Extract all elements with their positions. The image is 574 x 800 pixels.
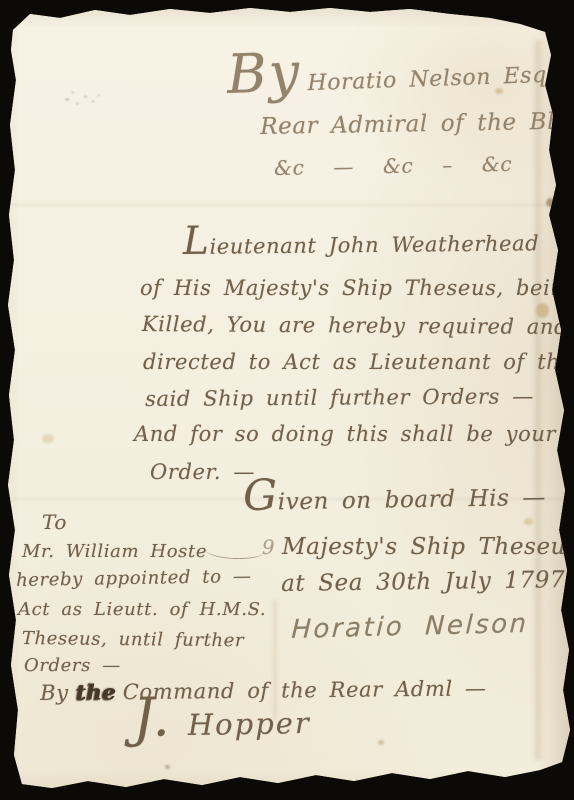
command-rest: Command of the Rear Adml — — [123, 678, 487, 703]
foxing-spot — [378, 740, 384, 745]
dateline-line: at Sea 30th July 1797 — — [281, 569, 574, 596]
fold-crease-upper — [12, 203, 562, 207]
pen-flourish-tail: 9 — [262, 536, 275, 559]
heading-line-2: Rear Admiral of the Blue — [260, 110, 574, 139]
command-line: By the Command of the Rear Adml — — [40, 677, 487, 704]
etcetera-dash: – — [442, 155, 453, 175]
address-line: Orders — — [24, 657, 121, 675]
etcetera-dash: — — [333, 157, 354, 177]
etcetera-row: &c — &c – &c — [274, 154, 512, 178]
address-line: Mr. William Hoste — [22, 543, 207, 561]
body-line: of His Majesty's Ship Theseus, being — [140, 278, 574, 299]
dateline-text: Majesty's Ship Theseus — — [282, 534, 574, 560]
etcetera-mark: &c — [274, 157, 305, 178]
body-line: Lieutenant John Weatherhead — [183, 233, 539, 258]
body-line: Order. — — [150, 462, 255, 483]
heading-by-flourish: By — [226, 45, 302, 102]
heading-name-superscript: r — [547, 75, 553, 85]
foxing-spot — [42, 434, 54, 443]
clerk-signature: J. Hopper — [133, 709, 311, 741]
blotted-word: the — [75, 681, 115, 702]
address-line: hereby appointed to — — [16, 568, 252, 590]
etcetera-mark: &c — [482, 154, 513, 175]
ink-smudge — [58, 84, 104, 112]
pen-flourish — [206, 548, 264, 560]
heading-line-1: By Horatio Nelson Esq r — [226, 37, 552, 102]
letter-paper: By Horatio Nelson Esq r Rear Admiral of … — [0, 0, 574, 800]
body-line: And for so doing this shall be your — [134, 424, 556, 445]
nelson-signature: Horatio Nelson — [291, 611, 529, 643]
dateline-line: 9Majesty's Ship Theseus — — [262, 536, 574, 559]
body-line: said Ship until further Orders — — [145, 386, 534, 410]
foxing-spot — [165, 765, 170, 769]
command-by: By — [40, 683, 69, 704]
foxing-spot — [524, 518, 533, 525]
body-line: Killed, You are hereby required and — — [142, 314, 574, 338]
heading-name: Horatio Nelson Esq — [307, 65, 547, 95]
address-line: Act as Lieutt. of H.M.S. — [18, 601, 266, 619]
etcetera-mark: &c — [383, 156, 414, 177]
dateline-line: Given on board His — — [243, 487, 546, 515]
address-to: To — [42, 512, 67, 532]
foxing-spot — [546, 198, 555, 207]
body-line: directed to Act as Lieutenant of the — — [143, 352, 574, 373]
address-line: Theseus, until further — [22, 630, 244, 650]
